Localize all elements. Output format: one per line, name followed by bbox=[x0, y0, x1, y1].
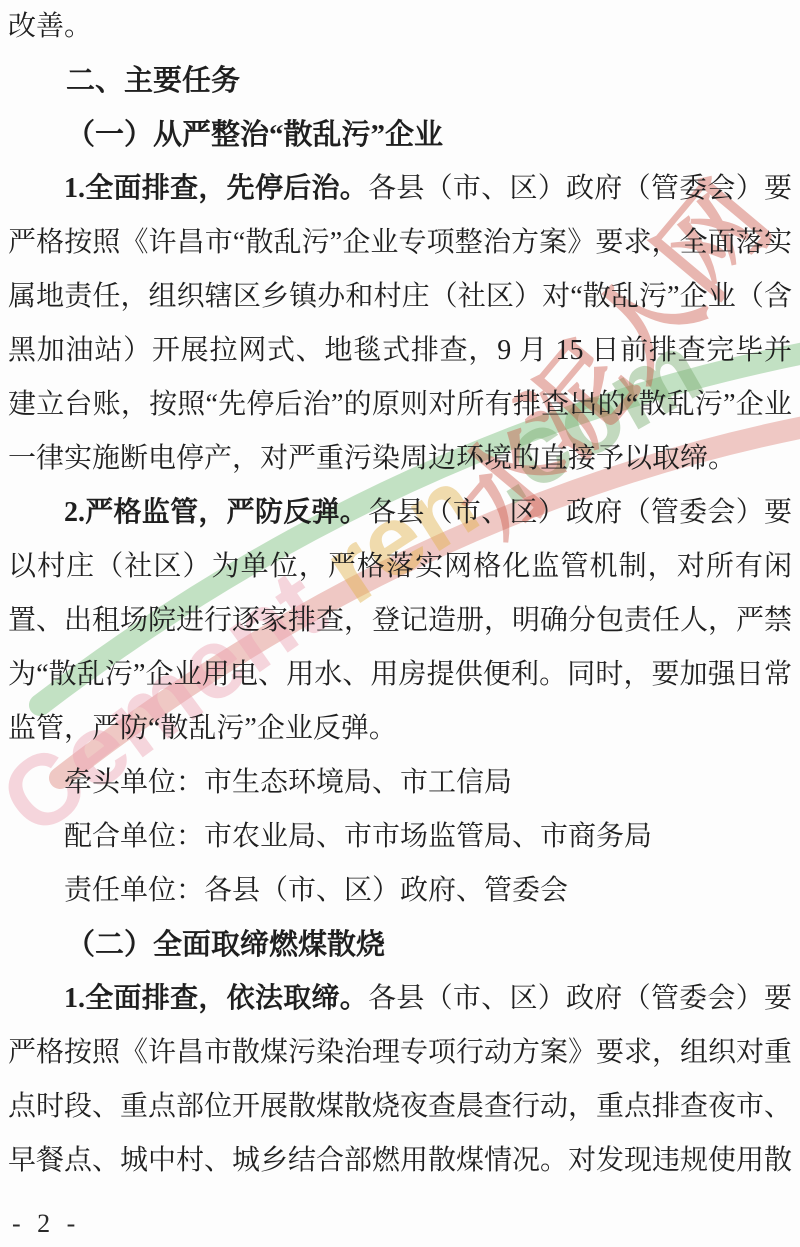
subsection-heading-2: （二）全面取缔燃煤散烧 bbox=[8, 918, 792, 972]
unit-line-responsible: 责任单位：各县（市、区）政府、管委会 bbox=[8, 864, 792, 918]
unit-line-lead: 牵头单位：市生态环境局、市工信局 bbox=[8, 756, 792, 810]
paragraph-3-lead: 1.全面排查，依法取缔。 bbox=[64, 983, 368, 1014]
document-page: Cement ren .com 水泥人网 改善。 二、主要任务 （一）从严整治“… bbox=[0, 0, 800, 1247]
paragraph-continuation: 改善。 bbox=[8, 0, 792, 54]
paragraph-2: 2.严格监管，严防反弹。各县（市、区）政府（管委会）要以村庄（社区）为单位，严格… bbox=[8, 486, 792, 756]
unit-line-support: 配合单位：市农业局、市市场监管局、市商务局 bbox=[8, 810, 792, 864]
paragraph-1-text: 各县（市、区）政府（管委会）要严格按照《许昌市“散乱污”企业专项整治方案》要求，… bbox=[8, 173, 792, 474]
subsection-heading-1: （一）从严整治“散乱污”企业 bbox=[8, 108, 792, 162]
document-content: 改善。 二、主要任务 （一）从严整治“散乱污”企业 1.全面排查，先停后治。各县… bbox=[0, 0, 800, 1188]
page-number: - 2 - bbox=[12, 1209, 80, 1239]
paragraph-3: 1.全面排查，依法取缔。各县（市、区）政府（管委会）要严格按照《许昌市散煤污染治… bbox=[8, 972, 792, 1188]
paragraph-1-lead: 1.全面排查，先停后治。 bbox=[64, 173, 368, 204]
paragraph-2-lead: 2.严格监管，严防反弹。 bbox=[64, 497, 368, 528]
section-heading-main: 二、主要任务 bbox=[8, 54, 792, 108]
paragraph-1: 1.全面排查，先停后治。各县（市、区）政府（管委会）要严格按照《许昌市“散乱污”… bbox=[8, 162, 792, 486]
paragraph-2-text: 各县（市、区）政府（管委会）要以村庄（社区）为单位，严格落实网格化监管机制，对所… bbox=[8, 497, 792, 744]
